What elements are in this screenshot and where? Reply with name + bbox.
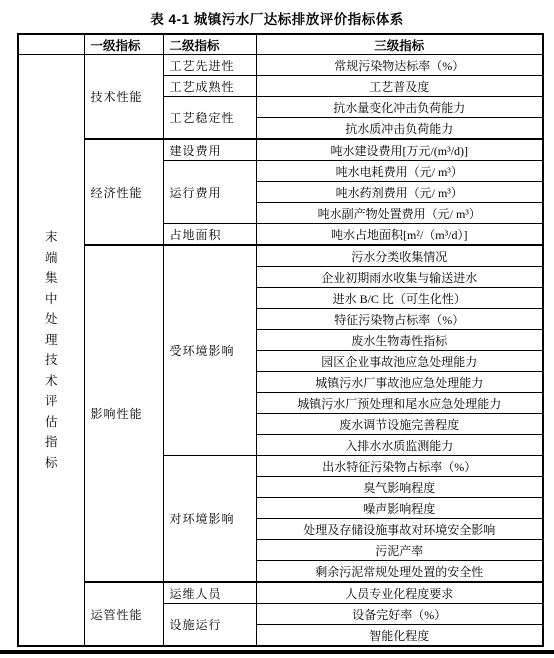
level1-cell: 影响性能	[84, 245, 163, 582]
level2-cell: 建设费用	[163, 139, 256, 161]
level1-cell: 技术性能	[84, 55, 163, 140]
table-row: 经济性能建设费用吨水建设费用[万元/(m³/d)]	[18, 139, 543, 161]
level3-cell: 常规污染物达标率（%）	[256, 55, 543, 76]
table-row: 运管性能运维人员人员专业化程度要求	[18, 582, 543, 604]
level1-cell: 经济性能	[84, 139, 163, 245]
header-row: 一级指标 二级指标 三级指标	[18, 34, 543, 55]
level3-cell: 设备完好率（%）	[256, 604, 543, 625]
table-caption: 表 4-1 城镇污水厂达标排放评价指标体系	[0, 8, 554, 28]
level2-cell: 设施运行	[163, 604, 256, 647]
level3-cell: 智能化程度	[256, 625, 543, 647]
level2-cell: 受环境影响	[163, 245, 256, 456]
level3-cell: 吨水电耗费用（元/ m³）	[256, 161, 543, 182]
level3-cell: 剩余污泥常规处理处置的安全性	[256, 561, 543, 583]
header-cell-level2: 二级指标	[163, 34, 256, 55]
level3-cell: 污泥产率	[256, 540, 543, 561]
row-group-cell: 末端集中处理技术评估指标	[18, 55, 84, 647]
level3-cell: 抗水质冲击负荷能力	[256, 118, 543, 140]
level3-cell: 入排水水质监测能力	[256, 435, 543, 456]
level2-cell: 对环境影响	[163, 456, 256, 583]
level3-cell: 城镇污水厂预处理和尾水应急处理能力	[256, 393, 543, 414]
level2-cell: 工艺稳定性	[163, 97, 256, 140]
level3-cell: 进水 B/C 比（可生化性）	[256, 288, 543, 309]
level3-cell: 人员专业化程度要求	[256, 582, 543, 604]
level2-cell: 工艺先进性	[163, 55, 256, 76]
level3-cell: 吨水占地面积[m²/（m³/d）]	[256, 224, 543, 246]
table-row: 末端集中处理技术评估指标技术性能工艺先进性常规污染物达标率（%）	[18, 55, 543, 76]
level3-cell: 吨水药剂费用（元/ m³）	[256, 182, 543, 203]
level3-cell: 园区企业事故池应急处理能力	[256, 351, 543, 372]
row-group-vertical-label: 末端集中处理技术评估指标	[44, 227, 59, 473]
level3-cell: 城镇污水厂事故池应急处理能力	[256, 372, 543, 393]
table-row: 影响性能受环境影响污水分类收集情况	[18, 245, 543, 267]
header-cell-empty	[18, 34, 84, 55]
level3-cell: 企业初期雨水收集与输送进水	[256, 267, 543, 288]
level3-cell: 工艺普及度	[256, 76, 543, 97]
level2-cell: 运行费用	[163, 161, 256, 224]
level3-cell: 废水生物毒性指标	[256, 330, 543, 351]
level3-cell: 臭气影响程度	[256, 477, 543, 498]
level3-cell: 噪声影响程度	[256, 498, 543, 519]
level3-cell: 污水分类收集情况	[256, 245, 543, 267]
level3-cell: 特征污染物占标率（%）	[256, 309, 543, 330]
level2-cell: 工艺成熟性	[163, 76, 256, 97]
level1-cell: 运管性能	[84, 582, 163, 646]
indicator-table: 一级指标 二级指标 三级指标 末端集中处理技术评估指标技术性能工艺先进性常规污染…	[17, 33, 544, 647]
table-body: 末端集中处理技术评估指标技术性能工艺先进性常规污染物达标率（%）工艺成熟性工艺普…	[18, 55, 543, 647]
page-footer-rule	[0, 650, 554, 654]
level3-cell: 吨水建设费用[万元/(m³/d)]	[256, 139, 543, 161]
level3-cell: 抗水量变化冲击负荷能力	[256, 97, 543, 118]
level3-cell: 废水调节设施完善程度	[256, 414, 543, 435]
level2-cell: 运维人员	[163, 582, 256, 604]
level3-cell: 处理及存储设施事故对环境安全影响	[256, 519, 543, 540]
level2-cell: 占地面积	[163, 224, 256, 246]
level3-cell: 吨水副产物处置费用（元/ m³）	[256, 203, 543, 224]
level3-cell: 出水特征污染物占标率（%）	[256, 456, 543, 477]
header-cell-level1: 一级指标	[84, 34, 163, 55]
header-cell-level3: 三级指标	[256, 34, 543, 55]
